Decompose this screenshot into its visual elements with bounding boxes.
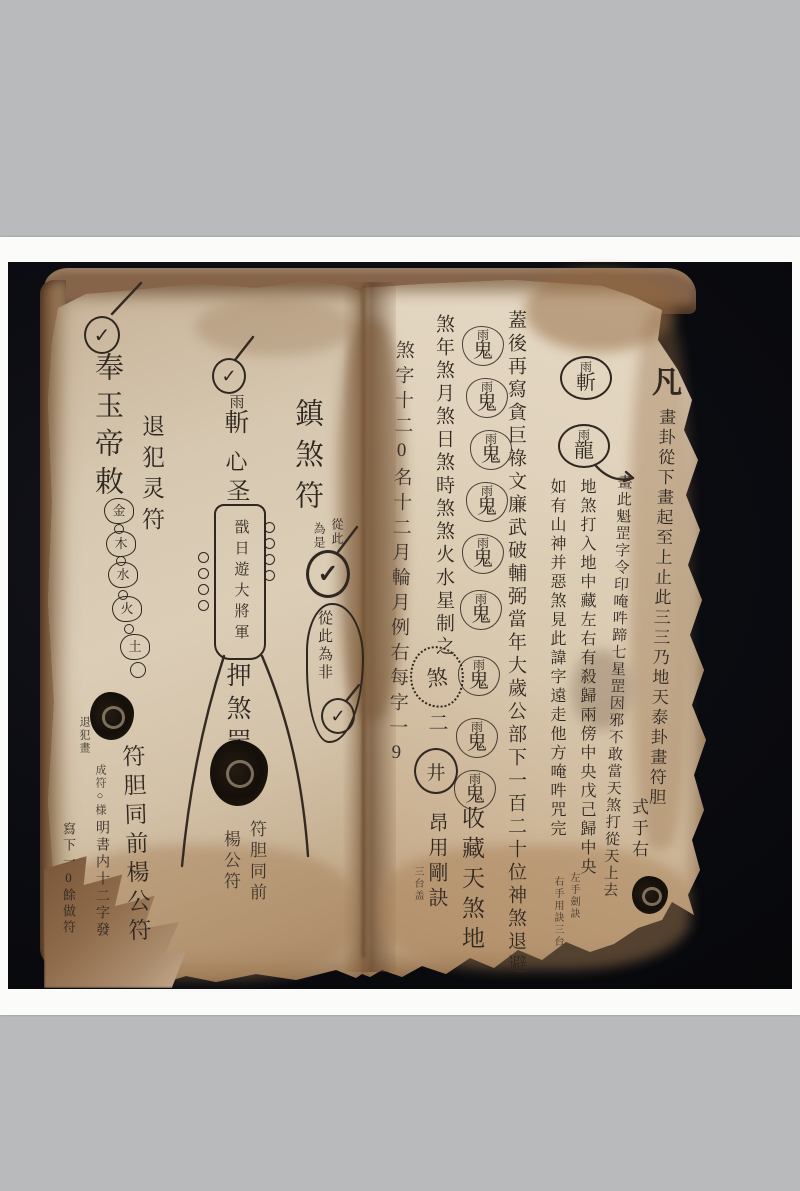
- chain-end-circle: [130, 662, 146, 678]
- zhensha-column: 鎮煞符: [292, 398, 321, 533]
- blob-label-left: 楊公符: [222, 830, 239, 930]
- element-bubble-wood: 木: [106, 531, 136, 557]
- ghost-talisman-glyph: 雨鬼: [462, 326, 504, 366]
- circled-head-glyph-2: 雨 龍: [558, 424, 610, 468]
- approve-note-right: 從此: [331, 518, 343, 552]
- circled-head-glyph-1: 雨 斬: [560, 356, 612, 400]
- glyph-zhan: 斬: [562, 373, 610, 394]
- glyph-ghost: 鬼: [467, 497, 507, 518]
- check-icon: ✓: [330, 706, 345, 727]
- santai-note: 三台盖: [412, 866, 422, 926]
- glyph-ghost: 鬼: [467, 393, 507, 414]
- ink-blob-swirl: [226, 760, 254, 788]
- talisman-side-circles-left: [198, 552, 209, 611]
- check-circle-icon: ✓: [306, 550, 350, 598]
- angyong-column: 昂用剛訣: [426, 812, 446, 937]
- talisman-boxed-chars: 戩日遊大將軍: [233, 519, 248, 645]
- shoucang-column: 收藏天煞地: [460, 806, 483, 971]
- hand-note-left: 右手用訣三台: [552, 876, 562, 946]
- ghost-talisman-glyph: 雨鬼: [458, 656, 500, 696]
- oath-column: 奉玉帝敕: [92, 352, 121, 512]
- check-circle-icon: ✓: [212, 358, 246, 394]
- ink-blob-swirl: [102, 706, 125, 728]
- element-bubble-metal: 金: [104, 498, 134, 524]
- circled-well-char: 井: [414, 748, 458, 794]
- rule-tail-column: 式于右: [630, 798, 647, 883]
- glyph-ghost: 鬼: [463, 549, 503, 570]
- element-bubble-earth: 土: [120, 634, 150, 660]
- talisman-head-glyph: 雨 斬: [213, 396, 261, 437]
- small-note-3: 明書内十二字發: [94, 820, 108, 960]
- ghost-talisman-glyph: 雨鬼: [466, 378, 508, 418]
- small-note-1: 退犯畫: [78, 716, 89, 766]
- glyph-ghost: 鬼: [459, 671, 499, 692]
- glyph-ghost: 鬼: [455, 785, 495, 806]
- talisman-heart-char: 心: [224, 450, 246, 476]
- ghost-talisman-glyph: 雨鬼: [454, 770, 496, 810]
- small-note-4: 寫下一0餘做符: [62, 822, 75, 972]
- ruyou-column: 如有山神并惡煞見此諱字遠走他方唵吽咒完: [548, 478, 564, 868]
- screenshot-canvas: ✓ 奉玉帝敕 金 木 水 火 土 退犯灵符 ✓ 雨 斬 心 圣 戩日遊大將軍 押…: [0, 0, 800, 1191]
- glyph-rain: 雨: [213, 396, 261, 410]
- glyph-dragon: 龍: [560, 441, 608, 462]
- sha-times-column: 煞年煞月煞日煞時煞煞火水星制之: [434, 314, 453, 659]
- ink-blob-swirl: [642, 887, 662, 906]
- check-icon: ✓: [318, 559, 339, 589]
- glyph-zhan: 斬: [213, 410, 261, 437]
- ghost-talisman-glyph: 雨鬼: [460, 590, 502, 630]
- talisman-frame-box: 戩日遊大將軍: [214, 504, 266, 660]
- well-char: 井: [426, 758, 445, 785]
- hand-note-right: 左手劍訣: [568, 872, 578, 930]
- glyph-ghost: 鬼: [463, 341, 503, 362]
- tuifan-column: 退犯灵符: [140, 414, 163, 554]
- blob-label-right: 符胆同前: [248, 820, 265, 950]
- fan-char: 凡: [648, 366, 678, 400]
- nine-stars-column: 蓋後再寫貪巨祿文廉武破輔弼當年大歲公部下一百二十位神煞退避: [506, 310, 525, 958]
- ghost-talisman-glyph: 雨鬼: [462, 534, 504, 574]
- check-icon: ✓: [221, 366, 236, 387]
- disha-column: 地煞打入地中藏左右有殺歸兩傍中央戊己歸中央: [578, 478, 594, 890]
- blob-note: 從此為非: [316, 610, 331, 698]
- element-bubble-fire: 火: [112, 596, 142, 622]
- chain-link-circle: [124, 624, 134, 634]
- seal-char: 煞: [425, 661, 450, 694]
- glyph-ghost: 鬼: [457, 733, 497, 754]
- ghost-talisman-glyph: 雨鬼: [456, 718, 498, 758]
- talisman-side-circles-right: [264, 522, 275, 581]
- ghost-talisman-glyph: 雨鬼: [466, 482, 508, 522]
- small-note-2: 成符○様: [94, 764, 105, 820]
- check-circle-icon: ✓: [84, 316, 120, 354]
- talisman-sheng-char: 圣: [223, 478, 247, 506]
- glyph-ghost: 鬼: [461, 605, 501, 626]
- paper-stain: [195, 298, 355, 356]
- two-char: 二: [426, 712, 446, 736]
- check-circle-icon: ✓: [321, 698, 355, 734]
- element-bubble-water: 水: [108, 562, 138, 588]
- check-icon: ✓: [94, 323, 111, 348]
